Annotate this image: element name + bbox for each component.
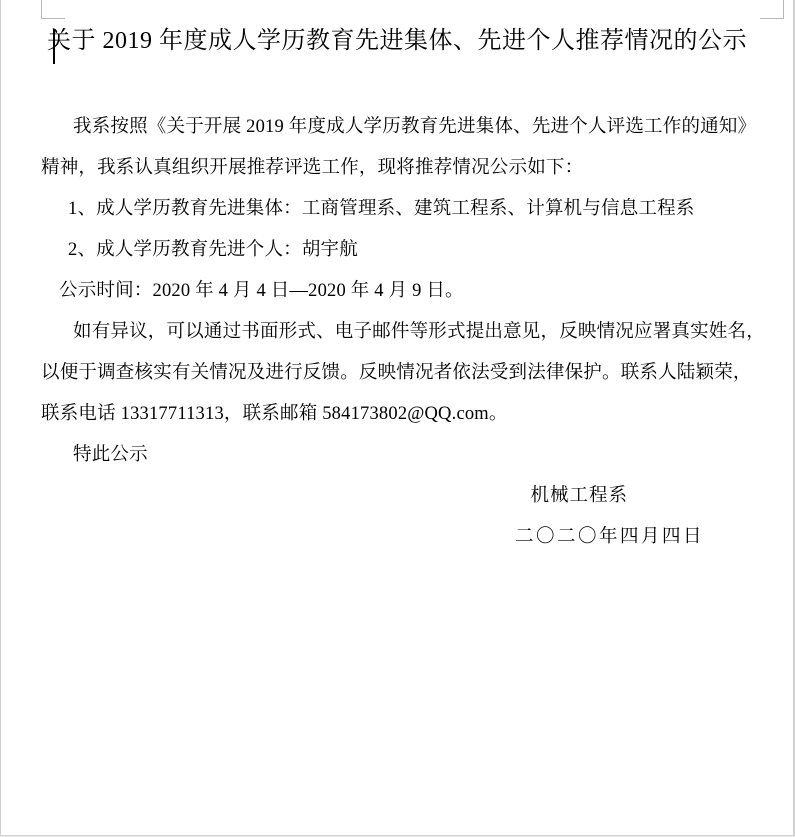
signature-date[interactable]: 二〇二〇年四月四日 (41, 517, 753, 558)
body-line-contact-info[interactable]: 联系电话 13317711313，联系邮箱 584173802@QQ.com。 (41, 394, 753, 435)
body-line[interactable]: 我系按照《关于开展 2019 年度成人学历教育先进集体、先进个人评选工作的通知》 (41, 107, 753, 148)
signature-department[interactable]: 机械工程系 (41, 476, 753, 517)
margin-corner-mark-right-icon (760, 0, 784, 19)
body-line-list-item-1[interactable]: 1、成人学历教育先进集体：工商管理系、建筑工程系、计算机与信息工程系 (41, 189, 753, 230)
text-cursor (53, 29, 55, 64)
document-title[interactable]: 关于 2019 年度成人学历教育先进集体、先进个人推荐情况的公示 (1, 18, 793, 64)
body-line[interactable]: 以便于调查核实有关情况及进行反馈。反映情况者依法受到法律保护。联系人陆颖荣， (41, 353, 753, 394)
body-line-publicity-period[interactable]: 公示时间：2020 年 4 月 4 日—2020 年 4 月 9 日。 (41, 271, 753, 312)
document-page[interactable]: 关于 2019 年度成人学历教育先进集体、先进个人推荐情况的公示 我系按照《关于… (0, 0, 795, 836)
body-line[interactable]: 精神，我系认真组织开展推荐评选工作，现将推荐情况公示如下： (41, 148, 753, 189)
body-line-closing[interactable]: 特此公示 (41, 435, 753, 476)
document-body[interactable]: 我系按照《关于开展 2019 年度成人学历教育先进集体、先进个人评选工作的通知》… (1, 107, 793, 558)
margin-corner-mark-left-icon (41, 0, 65, 19)
body-line-list-item-2[interactable]: 2、成人学历教育先进个人：胡宇航 (41, 230, 753, 271)
body-line[interactable]: 如有异议，可以通过书面形式、电子邮件等形式提出意见，反映情况应署真实姓名， (41, 312, 753, 353)
